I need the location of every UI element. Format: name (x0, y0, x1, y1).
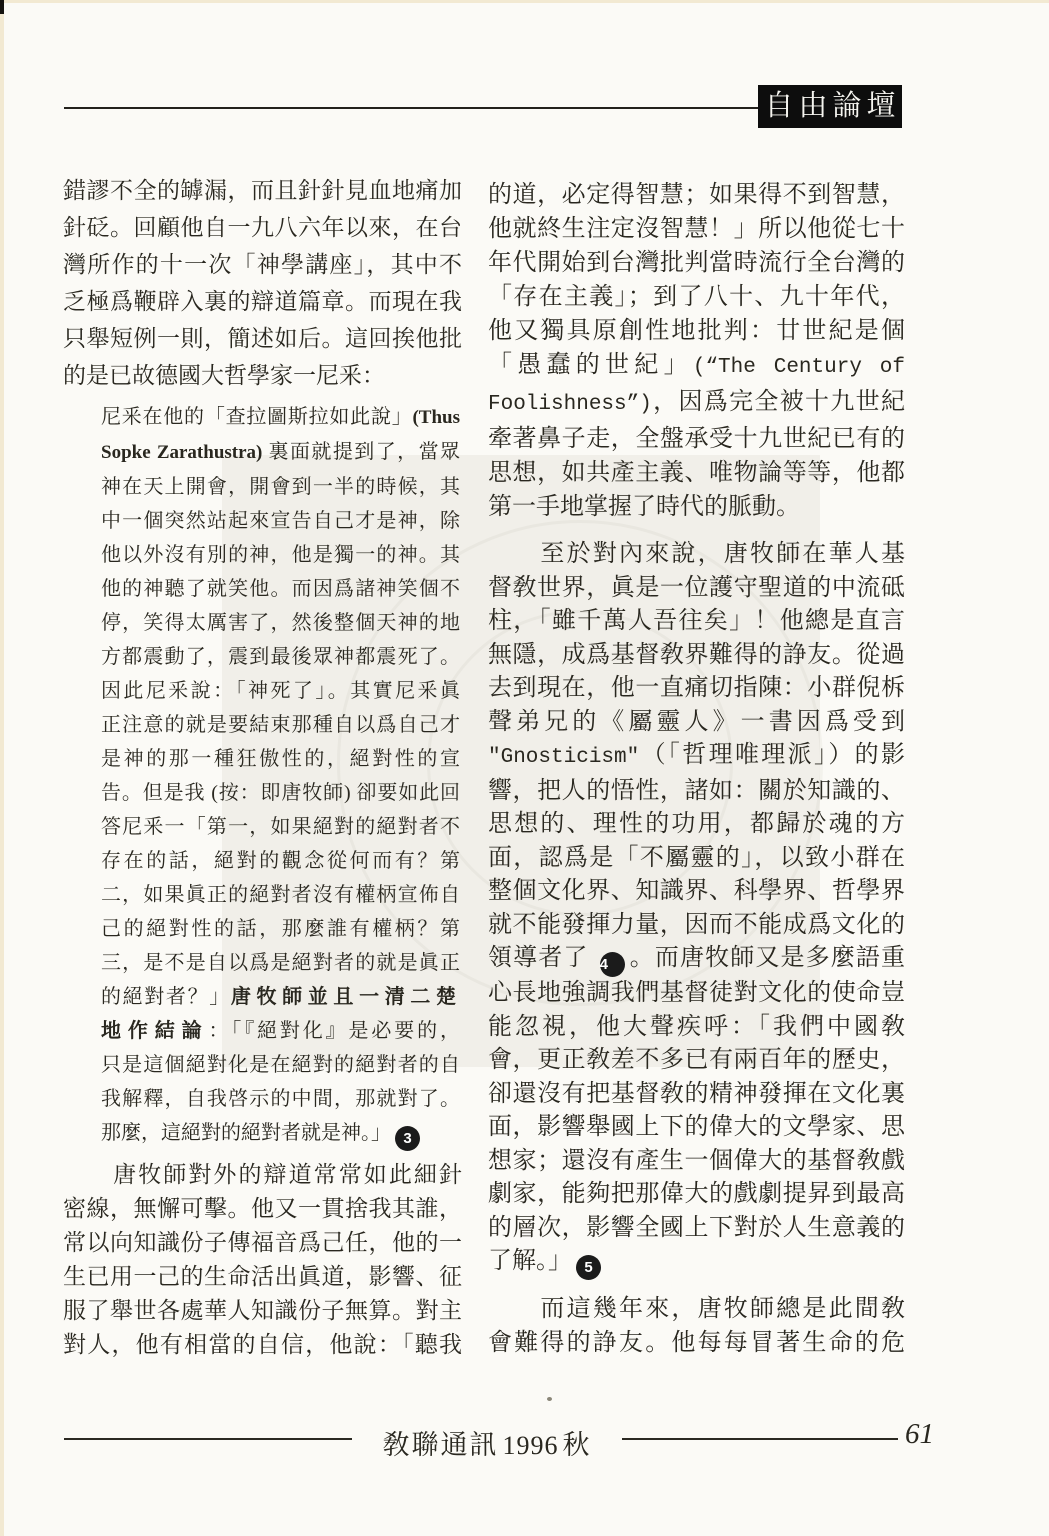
text-line: 無隱，成爲基督敎界難得的諍友。從過 (488, 639, 905, 673)
text-segment: 卻還沒有把基督敎的精神發揮在文化裏 (488, 1081, 905, 1107)
text-line: 第一手地掌握了時代的脈動。 (488, 490, 905, 524)
text-segment: 錯謬不全的罅漏，而且針針見血地痛加 (63, 178, 462, 203)
text-line: 地作結論：「『絕對化』是必要的， (101, 1014, 460, 1048)
text-line: 面，認爲是「不屬靈的」，以致小群在 (488, 842, 905, 876)
text-segment: 會難得的諍友。他每每冒著生命的危 (488, 1330, 905, 1356)
text-segment: 響，把人的悟性，諸如：關於知識的、 (488, 778, 905, 804)
text-segment: 了解。」 (488, 1248, 572, 1274)
text-segment: 柱，「雖千萬人吾往矣」！他總是直言 (488, 608, 905, 634)
text-line: Foolishness”)，因爲完全被十九世紀 (488, 385, 905, 422)
text-segment: 只舉短例一則，簡述如后。這回挨他批 (63, 326, 462, 351)
text-line: 的層次，影響全國上下對於人生意義的 (488, 1212, 905, 1246)
text-segment: 裏面就提到了，當眾 (269, 441, 460, 463)
text-line: 方都震動了，震到最後眾神都震死了。 (101, 640, 460, 674)
text-line: 密線，無懈可擊。他又一貫捨我其誰， (63, 1192, 462, 1226)
text-segment: 針砭。回顧他自一九八六年以來，在台 (63, 215, 462, 240)
text-segment: 思想的、理性的功用，都歸於魂的方 (488, 811, 905, 837)
text-segment: 。而唐牧師又是多麼語重 (629, 945, 905, 971)
page-number: 61 (905, 1418, 965, 1451)
paragraph-left-closing: 唐牧師對外的辯道常常如此細針密線，無懈可擊。他又一貫捨我其誰，常以向知識份子傳福… (63, 1158, 462, 1362)
text-line: 思想，如共產主義、唯物論等等，他都 (488, 456, 905, 490)
paragraph-left-intro: 錯謬不全的罅漏，而且針針見血地痛加針砭。回顧他自一九八六年以來，在台灣所作的十一… (63, 172, 462, 394)
footer-journal-label: 敎聯通訊1996秋 (352, 1423, 622, 1455)
text-segment: ：「『絕對化』是必要的， (208, 1020, 460, 1042)
text-segment: 心長地強調我們基督徒對文化的使命豈 (488, 980, 905, 1006)
text-line: 去到現在，他一直痛切指陳：小群倪柝 (488, 672, 905, 706)
text-line: 服了舉世各處華人知識份子無算。對主 (63, 1294, 462, 1328)
text-segment: 思想，如共產主義、唯物論等等，他都 (488, 460, 905, 486)
text-segment: 年代開始到台灣批判當時流行全台灣的 (488, 250, 905, 276)
text-line: 面，影響舉國上下的偉大的文學家、思 (488, 1111, 905, 1145)
text-line: 答尼釆一「第一，如果絕對的絕對者不 (101, 810, 460, 844)
header-rule (64, 107, 760, 109)
text-segment: 他就終生注定沒智慧！」所以他從七十 (488, 216, 905, 242)
text-line: 是神的那一種狂傲性的，絕對性的宣 (101, 742, 460, 776)
text-line: 年代開始到台灣批判當時流行全台灣的 (488, 246, 905, 280)
scan-edge-strip-left (0, 0, 4, 1536)
text-segment: 因此尼釆說：「神死了」。其實尼釆眞 (101, 680, 460, 702)
text-line: 劇家，能夠把那偉大的戲劇提昇到最高 (488, 1178, 905, 1212)
text-segment: Foolishness”) (488, 393, 652, 416)
text-line: 「存在主義」；到了八十、九十年代， (488, 280, 905, 314)
text-line: 整個文化界、知識界、科學界、哲學界 (488, 875, 905, 909)
text-segment: 的道，必定得智慧；如果得不到智慧， (488, 182, 905, 208)
text-line: 領導者了 4。而唐牧師又是多麼語重 (488, 942, 905, 977)
text-line: 神在天上開會，開會到一半的時候，其 (101, 470, 460, 504)
text-line: 的道，必定得智慧；如果得不到智慧， (488, 178, 905, 212)
text-segment: （「哲理唯理派」）的影 (639, 742, 905, 768)
footer-rule-right (622, 1438, 898, 1440)
text-segment: 而這幾年來，唐牧師總是此間敎 (488, 1296, 905, 1322)
text-line: 存在的話，絕對的觀念從何而有？第 (101, 844, 460, 878)
text-line: 只是這個絕對化是在絕對的絕對者的自 (101, 1048, 460, 1082)
text-line: 尼釆在他的「查拉圖斯拉如此說」(Thus (101, 400, 460, 435)
scan-speck (547, 1397, 552, 1401)
text-line: 中一個突然站起來宣告自己才是神，除 (101, 504, 460, 538)
text-line: 牽著鼻子走，全盤承受十九世紀已有的 (488, 422, 905, 456)
text-line: 生已用一己的生命活出眞道，影響、征 (63, 1260, 462, 1294)
text-segment: 密線，無懈可擊。他又一貫捨我其誰， (63, 1196, 462, 1221)
text-line: 想家；還沒有產生一個偉大的基督敎戲 (488, 1145, 905, 1179)
text-segment: 尼釆在他的「查拉圖斯拉如此說」 (101, 406, 412, 428)
text-line: 而這幾年來，唐牧師總是此間敎 (488, 1292, 905, 1326)
text-segment: 是神的那一種狂傲性的，絕對性的宣 (101, 748, 460, 770)
text-segment: 二，如果眞正的絕對者沒有權柄宣佈自 (101, 884, 460, 906)
text-line: 響，把人的悟性，諸如：關於知識的、 (488, 775, 905, 809)
text-line: 心長地強調我們基督徒對文化的使命豈 (488, 977, 905, 1011)
text-segment: 他以外沒有別的神，他是獨一的神。其 (101, 544, 460, 566)
scanned-magazine-page: { "header": { "badge": "自由論壇" }, "articl… (0, 0, 1049, 1536)
text-line: 能忽視，他大聲疾呼：「我們中國敎 (488, 1011, 905, 1045)
text-segment: 乏極爲鞭辟入裏的辯道篇章。而現在我 (63, 289, 462, 314)
text-line: 正注意的就是要結束那種自以爲自己才 (101, 708, 460, 742)
text-segment: 生已用一己的生命活出眞道，影響、征 (63, 1264, 462, 1289)
text-line: 聲弟兄的《屬靈人》一書因爲受到 (488, 706, 905, 740)
text-segment: 面，認爲是「不屬靈的」，以致小群在 (488, 845, 905, 871)
text-segment: 聲弟兄的《屬靈人》一書因爲受到 (488, 709, 905, 735)
text-segment: 想家；還沒有產生一個偉大的基督敎戲 (488, 1148, 905, 1174)
text-line: 會，更正敎差不多已有兩百年的歷史， (488, 1044, 905, 1078)
text-line: 就不能發揮力量，因而不能成爲文化的 (488, 909, 905, 943)
text-segment: 灣所作的十一次「神學講座」，其中不 (63, 252, 462, 277)
text-line: 他又獨具原創性地批判：廿世紀是個 (488, 314, 905, 348)
text-segment: 劇家，能夠把那偉大的戲劇提昇到最高 (488, 1181, 905, 1207)
text-line: 會難得的諍友。他每每冒著生命的危 (488, 1326, 905, 1360)
text-segment: 服了舉世各處華人知識份子無算。對主 (63, 1298, 462, 1323)
text-segment: 能忽視，他大聲疾呼：「我們中國敎 (488, 1014, 905, 1040)
text-line: 二，如果眞正的絕對者沒有權柄宣佈自 (101, 878, 460, 912)
footer-rule-left (64, 1438, 352, 1440)
block-quote-nietzsche: 尼釆在他的「查拉圖斯拉如此說」(ThusSopke Zarathustra) 裏… (101, 400, 460, 1151)
text-line: 那麼，這絕對的絕對者就是神。」3 (101, 1116, 460, 1151)
text-line: 己的絕對性的話，那麼誰有權柄？第 (101, 912, 460, 946)
text-line: 我解釋，自我啓示的中間，那就對了。 (101, 1082, 460, 1116)
text-line: 三，是不是自以爲是絕對者的就是眞正 (101, 946, 460, 980)
paragraph-right-critique: 的道，必定得智慧；如果得不到智慧，他就終生注定沒智慧！」所以他從七十年代開始到台… (488, 178, 905, 524)
text-segment: 會，更正敎差不多已有兩百年的歷史， (488, 1047, 905, 1073)
footnote-marker: 3 (395, 1126, 420, 1151)
text-segment: 只是這個絕對化是在絕對的絕對者的自 (101, 1054, 460, 1076)
paragraph-right-final: 而這幾年來，唐牧師總是此間敎會難得的諍友。他每每冒著生命的危 (488, 1292, 905, 1360)
text-line: 乏極爲鞭辟入裏的辯道篇章。而現在我 (63, 283, 462, 320)
text-line: 的是已故德國大哲學家一尼釆： (63, 357, 462, 394)
text-segment: 去到現在，他一直痛切指陳：小群倪柝 (488, 675, 905, 701)
section-badge: 自由論壇 (758, 85, 902, 128)
text-line: "Gnosticism"（「哲理唯理派」）的影 (488, 739, 905, 775)
text-segment: 停，笑得太厲害了，然後整個天神的地 (101, 612, 460, 634)
text-segment: (Thus (412, 407, 460, 428)
text-line: 因此尼釆說：「神死了」。其實尼釆眞 (101, 674, 460, 708)
text-segment: 督敎世界，眞是一位護守聖道的中流砥 (488, 575, 905, 601)
text-line: 常以向知識份子傳福音爲己任，他的一 (63, 1226, 462, 1260)
text-line: 思想的、理性的功用，都歸於魂的方 (488, 808, 905, 842)
journal-name: 敎聯通訊 (383, 1430, 499, 1460)
text-segment: ，因爲完全被十九世紀 (652, 389, 905, 415)
text-segment: 「愚蠢的世紀」 (488, 352, 693, 378)
text-segment: 存在的話，絕對的觀念從何而有？第 (101, 850, 460, 872)
text-segment: 領導者了 (488, 945, 596, 971)
text-segment: Sopke Zarathustra) (101, 442, 269, 463)
text-line: Sopke Zarathustra) 裏面就提到了，當眾 (101, 435, 460, 470)
text-segment: 唐牧師對外的辯道常常如此細針 (63, 1162, 462, 1187)
text-line: 至於對內來說，唐牧師在華人基 (488, 538, 905, 572)
text-segment: 三，是不是自以爲是絕對者的就是眞正 (101, 952, 460, 974)
text-segment: 地作結論 (101, 1020, 208, 1042)
text-segment: 整個文化界、知識界、科學界、哲學界 (488, 878, 905, 904)
paragraph-right-church: 至於對內來說，唐牧師在華人基督敎世界，眞是一位護守聖道的中流砥柱，「雖千萬人吾往… (488, 538, 905, 1280)
text-segment: 「存在主義」；到了八十、九十年代， (488, 284, 905, 310)
text-line: 了解。」5 (488, 1245, 905, 1280)
text-segment: 他的神聽了就笑他。而因爲諸神笑個不 (101, 578, 460, 600)
text-segment: 的絕對者？」 (101, 986, 231, 1008)
text-segment: 答尼釆一「第一，如果絕對的絕對者不 (101, 816, 460, 838)
text-segment: 的層次，影響全國上下對於人生意義的 (488, 1215, 905, 1241)
journal-season: 秋 (563, 1430, 592, 1460)
text-segment: 對人，他有相當的自信，他說：「聽我 (63, 1332, 462, 1357)
scan-edge-strip-top (0, 0, 1049, 3)
text-line: 督敎世界，眞是一位護守聖道的中流砥 (488, 572, 905, 606)
text-segment: 正注意的就是要結束那種自以爲自己才 (101, 714, 460, 736)
text-line: 灣所作的十一次「神學講座」，其中不 (63, 246, 462, 283)
text-segment: 神在天上開會，開會到一半的時候，其 (101, 476, 460, 498)
text-line: 「愚蠢的世紀」(“The Century of (488, 348, 905, 385)
footnote-marker: 5 (576, 1255, 601, 1280)
text-segment: 那麼，這絕對的絕對者就是神。」 (101, 1122, 391, 1144)
text-line: 他的神聽了就笑他。而因爲諸神笑個不 (101, 572, 460, 606)
journal-year: 1996 (503, 1431, 559, 1460)
text-line: 停，笑得太厲害了，然後整個天神的地 (101, 606, 460, 640)
text-segment: 唐牧師並且一清二楚 (231, 986, 460, 1008)
text-segment: 己的絕對性的話，那麼誰有權柄？第 (101, 918, 460, 940)
text-line: 對人，他有相當的自信，他說：「聽我 (63, 1328, 462, 1362)
text-segment: 牽著鼻子走，全盤承受十九世紀已有的 (488, 426, 905, 452)
text-line: 告。但是我 (按：即唐牧師) 卻要如此回 (101, 776, 460, 810)
text-segment: 他又獨具原創性地批判：廿世紀是個 (488, 318, 905, 344)
text-line: 唐牧師對外的辯道常常如此細針 (63, 1158, 462, 1192)
text-segment: 中一個突然站起來宣告自己才是神，除 (101, 510, 460, 532)
text-segment: 常以向知識份子傳福音爲己任，他的一 (63, 1230, 462, 1255)
text-line: 柱，「雖千萬人吾往矣」！他總是直言 (488, 605, 905, 639)
text-segment: 告。但是我 (按：即唐牧師) 卻要如此回 (101, 782, 460, 804)
text-segment: 的是已故德國大哲學家一尼釆： (63, 363, 385, 388)
text-segment: (“The Century of (693, 356, 905, 379)
scan-corner-mark (0, 0, 4, 14)
text-line: 他就終生注定沒智慧！」所以他從七十 (488, 212, 905, 246)
text-segment: 面，影響舉國上下的偉大的文學家、思 (488, 1114, 905, 1140)
text-segment: 我解釋，自我啓示的中間，那就對了。 (101, 1088, 460, 1110)
text-segment: 至於對內來說，唐牧師在華人基 (488, 541, 905, 567)
text-line: 針砭。回顧他自一九八六年以來，在台 (63, 209, 462, 246)
text-segment: 無隱，成爲基督敎界難得的諍友。從過 (488, 642, 905, 668)
text-line: 卻還沒有把基督敎的精神發揮在文化裏 (488, 1078, 905, 1112)
text-segment: 第一手地掌握了時代的脈動。 (488, 494, 800, 520)
footnote-marker: 4 (600, 952, 625, 977)
text-segment: 就不能發揮力量，因而不能成爲文化的 (488, 912, 905, 938)
text-segment: 方都震動了，震到最後眾神都震死了。 (101, 646, 460, 668)
text-segment: "Gnosticism" (488, 746, 639, 769)
text-line: 只舉短例一則，簡述如后。這回挨他批 (63, 320, 462, 357)
text-line: 他以外沒有別的神，他是獨一的神。其 (101, 538, 460, 572)
text-line: 錯謬不全的罅漏，而且針針見血地痛加 (63, 172, 462, 209)
text-line: 的絕對者？」唐牧師並且一清二楚 (101, 980, 460, 1014)
